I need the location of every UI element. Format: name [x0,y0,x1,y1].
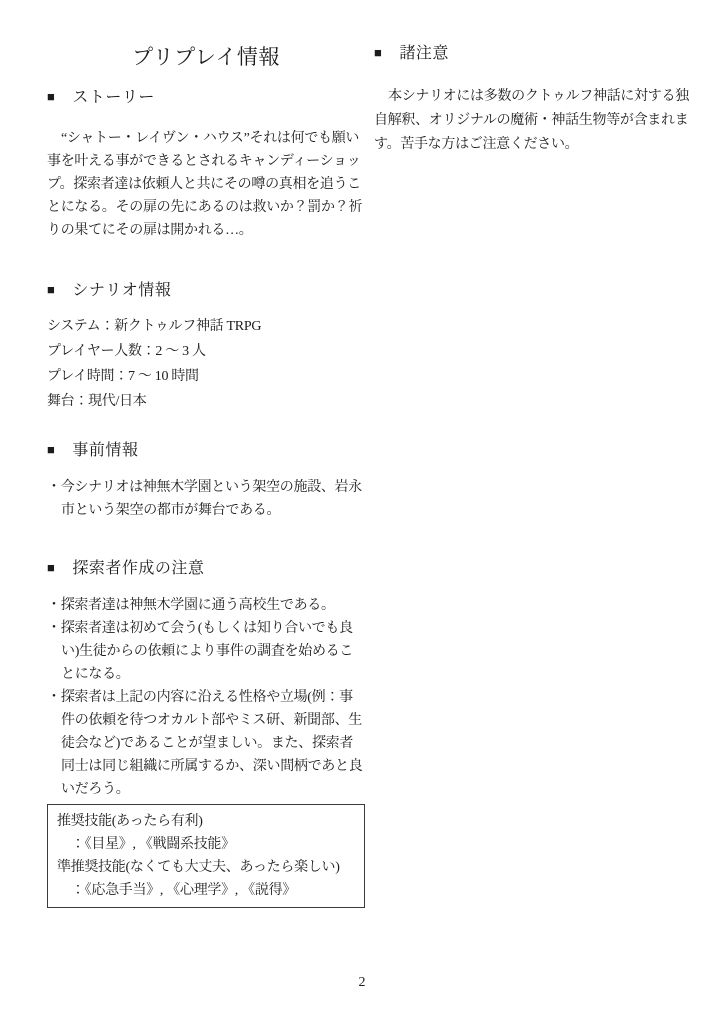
list-item: ・探索者は上記の内容に沿える性格や立場(例：事 件の依頼を待つオカルト部やミス研… [47,686,365,801]
list-item-text: 探索者は上記の内容に沿える性格や立場(例：事 件の依頼を待つオカルト部やミス研、… [61,690,363,797]
square-bullet-icon: ■ [374,42,382,64]
document-page: プリプレイ情報 ■ストーリー “シャトー・レイヴン・ハウス”それは何でも願い 事… [0,0,724,1024]
right-column: ■諸注意 本シナリオには多数のクトゥルフ神話に対する独 自解釈、オリジナルの魔術… [374,0,692,157]
dot-bullet-icon: ・ [47,480,61,495]
skills-line-semi-recommended: 準推奨技能(なくても大丈夫、あったら楽しい) [57,856,355,879]
list-item-text: 探索者達は初めて会う(もしくは知り合いでも良 い)生徒からの依頼により事件の調査… [61,621,353,682]
section-heading-pre-info: ■事前情報 [47,440,365,462]
dot-bullet-icon: ・ [47,621,61,636]
creation-notes-list: ・探索者達は神無木学園に通う高校生である。 ・探索者達は初めて会う(もしくは知り… [47,594,365,801]
pre-info-list: ・今シナリオは神無木学園という架空の施設、岩永 市という架空の都市が舞台である。 [47,476,365,522]
notices-paragraph: 本シナリオには多数のクトゥルフ神話に対する独 自解釈、オリジナルの魔術・神話生物… [374,85,692,157]
info-line-players: プレイヤー人数：2 ～ 3 人 [47,339,365,364]
section-heading-story: ■ストーリー [47,87,365,109]
scenario-info-list: システム：新クトゥルフ神話 TRPG プレイヤー人数：2 ～ 3 人 プレイ時間… [47,314,365,414]
story-paragraph: “シャトー・レイヴン・ハウス”それは何でも願い 事を叶える事ができるとされるキャ… [47,127,365,242]
dot-bullet-icon: ・ [47,690,61,705]
square-bullet-icon: ■ [47,279,55,301]
page-title: プリプレイ情報 [47,43,365,71]
left-column: プリプレイ情報 ■ストーリー “シャトー・レイヴン・ハウス”それは何でも願い 事… [47,0,365,908]
section-heading-label: 事前情報 [72,442,138,459]
square-bullet-icon: ■ [47,439,55,461]
list-item: ・今シナリオは神無木学園という架空の施設、岩永 市という架空の都市が舞台である。 [47,476,365,522]
skills-line-recommended: 推奨技能(あったら有利) [57,810,355,833]
skills-line-semi-recommended-values: ：《応急手当》, 《心理学》, 《説得》 [57,879,355,902]
square-bullet-icon: ■ [47,557,55,579]
section-heading-label: シナリオ情報 [72,282,171,299]
info-line-setting: 舞台：現代/日本 [47,389,365,414]
section-heading-label: ストーリー [72,89,155,106]
page-number: 2 [0,975,724,991]
info-line-system: システム：新クトゥルフ神話 TRPG [47,314,365,339]
list-item: ・探索者達は初めて会う(もしくは知り合いでも良 い)生徒からの依頼により事件の調… [47,617,365,686]
square-bullet-icon: ■ [47,86,55,108]
recommended-skills-box: 推奨技能(あったら有利) ：《目星》, 《戦闘系技能》 準推奨技能(なくても大丈… [47,804,365,908]
list-item-text: 今シナリオは神無木学園という架空の施設、岩永 市という架空の都市が舞台である。 [61,480,362,518]
list-item-text: 探索者達は神無木学園に通う高校生である。 [61,598,335,613]
list-item: ・探索者達は神無木学園に通う高校生である。 [47,594,365,617]
section-heading-label: 諸注意 [399,45,449,62]
section-heading-label: 探索者作成の注意 [72,560,204,577]
skills-line-recommended-values: ：《目星》, 《戦闘系技能》 [57,833,355,856]
section-heading-creation-notes: ■探索者作成の注意 [47,558,365,580]
info-line-playtime: プレイ時間：7 ～ 10 時間 [47,364,365,389]
section-heading-scenario-info: ■シナリオ情報 [47,280,365,302]
dot-bullet-icon: ・ [47,598,61,613]
section-heading-notices: ■諸注意 [374,43,692,65]
